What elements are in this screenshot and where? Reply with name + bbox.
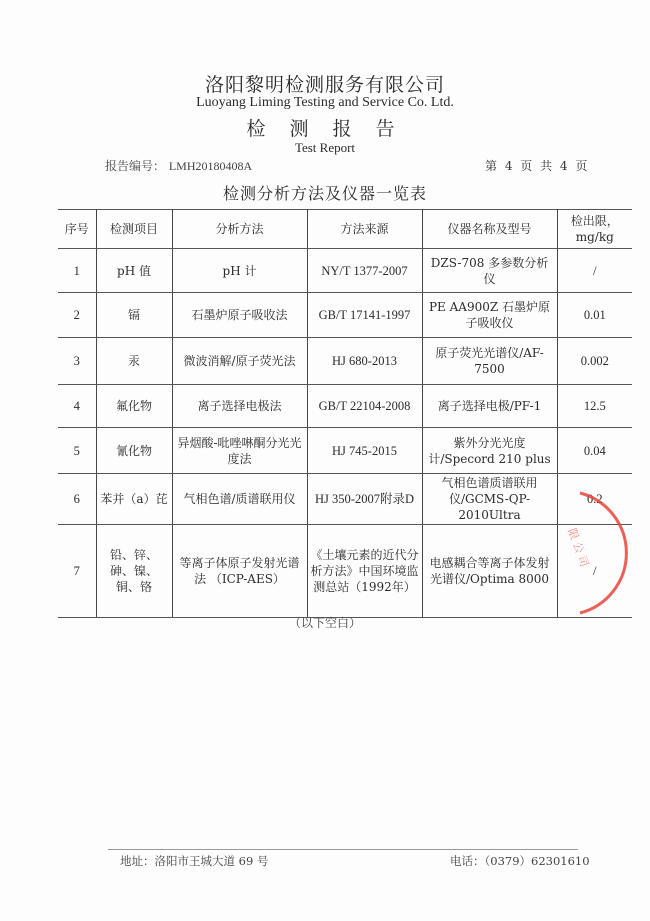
cell-limit: / (557, 249, 632, 293)
svg-text:限 公 司: 限 公 司 (565, 527, 591, 569)
cell-no: 2 (58, 293, 96, 338)
table-row: 1 pH 值 pH 计 NY/T 1377-2007 DZS-708 多参数分析… (58, 249, 632, 293)
company-name-en: Luoyang Liming Testing and Service Co. L… (0, 95, 650, 111)
blank-below-note: （以下空白） (0, 614, 650, 631)
cell-limit: 0.04 (557, 428, 632, 474)
cell-source: 《土壤元素的近代分析方法》中国环境监测总站（1992年） (307, 525, 422, 618)
table-row: 7 铅、锌、砷、镍、铜、铬 等离子体原子发射光谱法 （ICP-AES） 《土壤元… (58, 525, 632, 618)
cell-item: 铅、锌、砷、镍、铜、铬 (96, 525, 172, 618)
methods-instruments-table: 序号 检测项目 分析方法 方法来源 仪器名称及型号 检出限，mg/kg 1 pH… (58, 209, 632, 618)
report-number: 报告编号： LMH20180408A (105, 157, 252, 174)
cell-instrument: 紫外分光光度计/Specord 210 plus (422, 428, 557, 474)
cell-no: 5 (58, 428, 96, 474)
col-header-source: 方法来源 (307, 210, 422, 249)
cell-limit: 0.002 (557, 338, 632, 385)
cell-instrument: DZS-708 多参数分析仪 (422, 249, 557, 293)
cell-source: GB/T 17141-1997 (307, 293, 422, 338)
col-header-method: 分析方法 (172, 210, 307, 249)
cell-method: 等离子体原子发射光谱法 （ICP-AES） (172, 525, 307, 618)
table-header-row: 序号 检测项目 分析方法 方法来源 仪器名称及型号 检出限，mg/kg (58, 210, 632, 249)
cell-limit: 12.5 (557, 385, 632, 428)
cell-instrument: 离子选择电极/PF-1 (422, 385, 557, 428)
cell-item: 氟化物 (96, 385, 172, 428)
cell-method: 气相色谱/质谱联用仪 (172, 474, 307, 525)
col-header-item: 检测项目 (96, 210, 172, 249)
cell-source: HJ 745-2015 (307, 428, 422, 474)
cell-no: 6 (58, 474, 96, 525)
table-row: 4 氟化物 离子选择电极法 GB/T 22104-2008 离子选择电极/PF-… (58, 385, 632, 428)
cell-method: 微波消解/原子荧光法 (172, 338, 307, 385)
col-header-no: 序号 (58, 210, 96, 249)
cell-no: 4 (58, 385, 96, 428)
col-header-limit: 检出限，mg/kg (557, 210, 632, 249)
company-name-cn: 洛阳黎明检测服务有限公司 (0, 70, 650, 97)
cell-method: pH 计 (172, 249, 307, 293)
company-seal-stamp: 限 公 司 (560, 485, 650, 615)
cell-no: 7 (58, 525, 96, 618)
report-title-cn: 检 测 报 告 (0, 114, 650, 141)
report-title-en: Test Report (0, 140, 650, 156)
page-info: 第 4 页 共 4 页 (485, 157, 589, 174)
footer-phone: 电话：（0379）62301610 (450, 853, 590, 869)
footer-address: 地址：洛阳市王城大道 69 号 (120, 853, 268, 869)
cell-instrument: 气相色谱质谱联用仪/GCMS-QP-2010Ultra (422, 474, 557, 525)
cell-method: 离子选择电极法 (172, 385, 307, 428)
cell-source: NY/T 1377-2007 (307, 249, 422, 293)
cell-no: 3 (58, 338, 96, 385)
table-title: 检测分析方法及仪器一览表 (0, 181, 650, 204)
col-header-instrument: 仪器名称及型号 (422, 210, 557, 249)
table-row: 6 苯并（a）芘 气相色谱/质谱联用仪 HJ 350-2007附录D 气相色谱质… (58, 474, 632, 525)
report-number-label: 报告编号： (105, 159, 165, 173)
cell-method: 石墨炉原子吸收法 (172, 293, 307, 338)
cell-limit: 0.01 (557, 293, 632, 338)
cell-item: 镉 (96, 293, 172, 338)
cell-no: 1 (58, 249, 96, 293)
table-row: 3 汞 微波消解/原子荧光法 HJ 680-2013 原子荧光光谱仪/AF-75… (58, 338, 632, 385)
cell-source: GB/T 22104-2008 (307, 385, 422, 428)
cell-item: 苯并（a）芘 (96, 474, 172, 525)
cell-item: 氰化物 (96, 428, 172, 474)
table-row: 5 氰化物 异烟酸-吡唑啉酮分光光度法 HJ 745-2015 紫外分光光度计/… (58, 428, 632, 474)
report-number-value: LMH20180408A (169, 159, 252, 173)
cell-source: HJ 350-2007附录D (307, 474, 422, 525)
cell-instrument: 电感耦合等离子体发射光谱仪/Optima 8000 (422, 525, 557, 618)
footer-divider (108, 849, 578, 850)
cell-item: 汞 (96, 338, 172, 385)
cell-instrument: 原子荧光光谱仪/AF-7500 (422, 338, 557, 385)
table-row: 2 镉 石墨炉原子吸收法 GB/T 17141-1997 PE AA900Z 石… (58, 293, 632, 338)
cell-instrument: PE AA900Z 石墨炉原子吸收仪 (422, 293, 557, 338)
cell-method: 异烟酸-吡唑啉酮分光光度法 (172, 428, 307, 474)
cell-item: pH 值 (96, 249, 172, 293)
cell-source: HJ 680-2013 (307, 338, 422, 385)
